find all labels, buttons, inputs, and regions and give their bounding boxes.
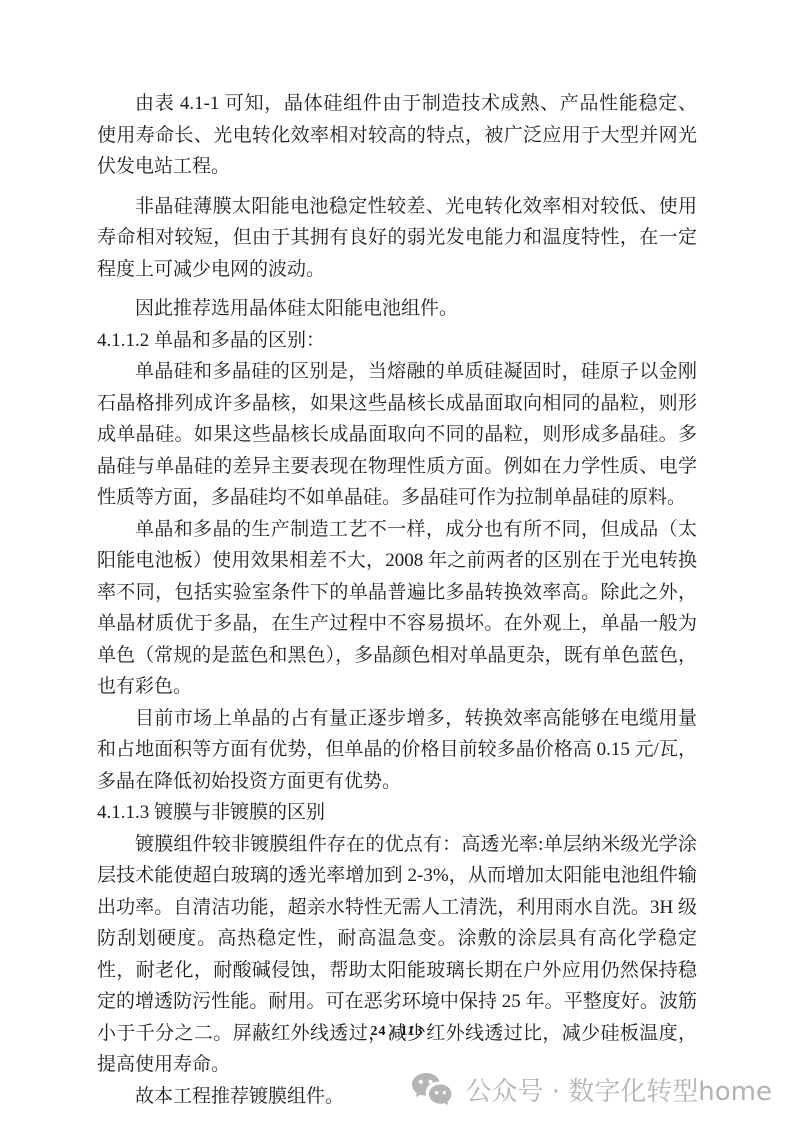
heading-4-1-1-3: 4.1.1.3 镀膜与非镀膜的区别	[97, 797, 697, 829]
paragraph-coated-advantages: 镀膜组件较非镀膜组件存在的优点有：高透光率:单层纳米级光学涂层技术能使超白玻璃的…	[97, 829, 697, 1081]
page-number: 24 / 113	[0, 1024, 794, 1040]
paragraph-crystalline-advantage: 由表 4.1-1 可知，晶体硅组件由于制造技术成熟、产品性能稳定、使用寿命长、光…	[97, 88, 697, 183]
paragraph-thin-film: 非晶硅薄膜太阳能电池稳定性较差、光电转化效率相对较低、使用寿命相对较短，但由于其…	[97, 191, 697, 286]
paragraph-market-share: 目前市场上单晶的占有量正逐步增多，转换效率高能够在电缆用量和占地面积等方面有优势…	[97, 703, 697, 798]
paragraph-mono-poly-difference: 单晶硅和多晶硅的区别是，当熔融的单质硅凝固时，硅原子以金刚石晶格排列成许多晶核，…	[97, 356, 697, 514]
watermark-label: 公众号 · 数字化转型home	[465, 1071, 772, 1108]
paragraph-recommend-crystalline: 因此推荐选用晶体硅太阳能电池组件。	[97, 293, 697, 325]
paragraph-production-process: 单晶和多晶的生产制造工艺不一样，成分也有所不同，但成品（太阳能电池板）使用效果相…	[97, 514, 697, 703]
heading-4-1-1-2: 4.1.1.2 单晶和多晶的区别：	[97, 325, 697, 357]
document-body: 由表 4.1-1 可知，晶体硅组件由于制造技术成熟、产品性能稳定、使用寿命长、光…	[97, 88, 697, 1112]
wechat-icon	[410, 1071, 452, 1107]
watermark: 公众号 · 数字化转型home	[410, 1068, 772, 1110]
document-page: 由表 4.1-1 可知，晶体硅组件由于制造技术成熟、产品性能稳定、使用寿命长、光…	[0, 0, 794, 1123]
